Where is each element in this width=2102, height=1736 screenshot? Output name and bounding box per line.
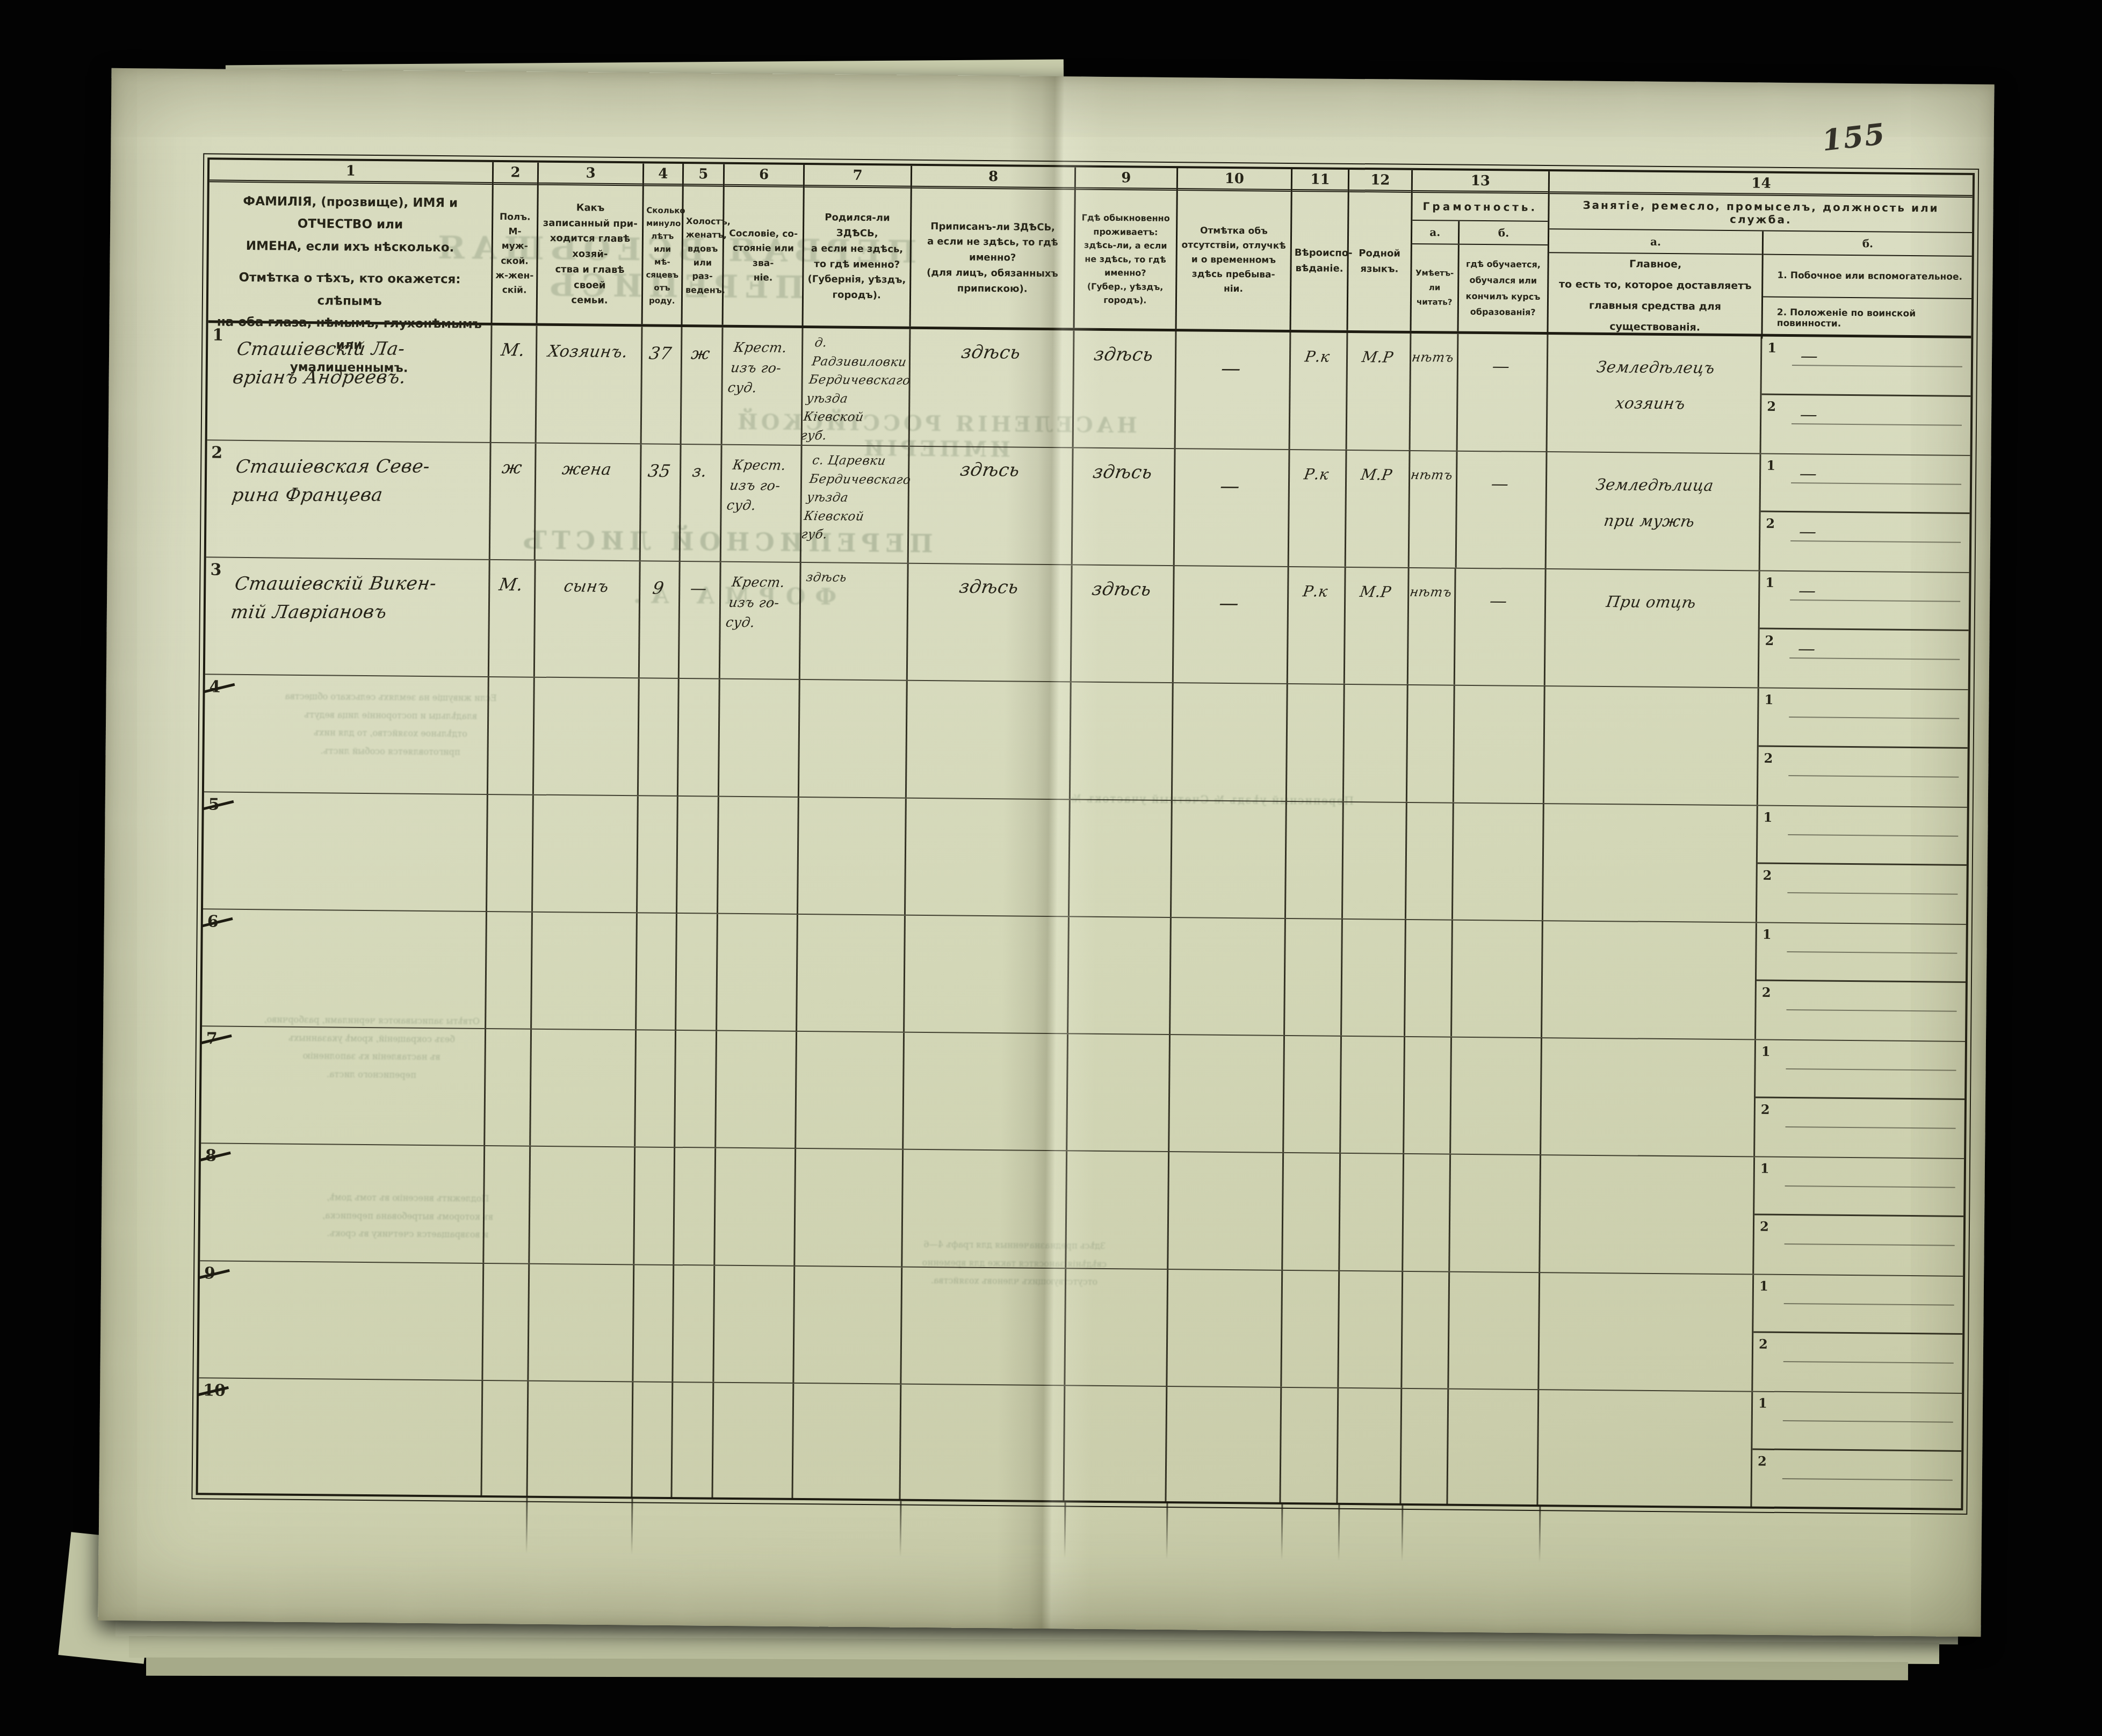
cell-birthplace <box>798 798 906 915</box>
cell-reads: нѣтъ <box>1408 568 1456 685</box>
cell-side-occupation: 12 <box>1752 1392 1962 1510</box>
table-row: 512 <box>203 791 1967 924</box>
cell-registered <box>904 1033 1068 1151</box>
row-number: 4 <box>209 678 220 697</box>
handwritten-entry: Сташіевскій Викен- тій Лавріановъ <box>201 559 493 626</box>
handwritten-entry: Сташіевскій Ла- вріанъ Андреевъ. <box>203 324 495 392</box>
side-subrow: 2 <box>1756 981 1966 1041</box>
cell-side-occupation: 12 <box>1758 689 1968 807</box>
cell-absence <box>1172 683 1288 800</box>
table-line-tail <box>1064 1502 1066 1558</box>
col-header-language: 12 Родной языкъ. <box>1348 170 1413 331</box>
cell-birthplace <box>794 1266 902 1383</box>
handwritten-entry: — <box>677 562 722 598</box>
write-line <box>1791 482 1961 485</box>
side-subrow-number: 2 <box>1761 1102 1770 1117</box>
cell-age: 9 <box>640 562 681 678</box>
cell-studied: — <box>1457 334 1548 451</box>
side-subrow-number: 1 <box>1767 340 1776 356</box>
cell-sex <box>482 1381 529 1498</box>
cell-name: 10 <box>198 1378 483 1497</box>
side-subrow: 1— <box>1760 572 1969 632</box>
col-number: 11 <box>1292 169 1348 192</box>
col-heading: Родной языкъ. <box>1348 192 1411 331</box>
cell-age: 35 <box>641 444 682 561</box>
handwritten-entry: М.Р <box>1343 568 1410 601</box>
cell-side-occupation: 1—2— <box>1761 337 1971 455</box>
cell-name: 6 <box>202 909 487 1028</box>
handwritten-entry: здѣсь <box>907 447 1074 482</box>
handwritten-entry: нѣтъ <box>1408 451 1458 483</box>
cell-language <box>1338 1388 1402 1505</box>
handwritten-entry: — <box>1797 521 1818 541</box>
table-row: 712 <box>201 1025 1965 1158</box>
col-number: 4 <box>644 163 682 186</box>
cell-language <box>1342 920 1406 1036</box>
cell-birthplace <box>796 1032 904 1149</box>
table-row: 2Сташіевская Севе- рина Францеважжена35з… <box>206 439 1970 572</box>
cell-registered: здѣсь <box>908 564 1073 682</box>
side-subrow: 2 <box>1755 1098 1964 1159</box>
handwritten-entry: Р.к <box>1288 450 1348 483</box>
side-subrow-number: 2 <box>1758 1453 1767 1469</box>
cell-resides <box>1068 917 1171 1034</box>
write-line <box>1789 657 1960 660</box>
side-subrow: 2 <box>1753 1333 1962 1393</box>
cell-registered: здѣсь <box>909 447 1074 565</box>
census-table: 1 ФАМИЛІЯ, (прозвище), ИМЯ и ОТЧЕСТВО ил… <box>196 157 1975 1510</box>
cell-occupation: При отцѣ <box>1545 569 1760 688</box>
cell-sex <box>484 1146 531 1263</box>
cell-relation: жена <box>536 444 641 561</box>
write-line <box>1792 423 1962 426</box>
cell-religion <box>1282 1270 1340 1387</box>
handwritten-entry: нѣтъ <box>1409 334 1459 365</box>
sub-heading-studied: гдѣ обучается, обучался или кончилъ курс… <box>1458 245 1548 332</box>
cell-absence <box>1166 1387 1282 1504</box>
cell-relation: Хозяинъ. <box>537 326 642 444</box>
cell-language <box>1344 685 1408 801</box>
side-subrow-number: 2 <box>1759 1336 1768 1351</box>
handwritten-entry: Хозяинъ. <box>535 326 644 362</box>
side-subrow: 1 <box>1753 1275 1963 1335</box>
cell-marital <box>673 1265 715 1382</box>
cell-name: 9 <box>199 1261 484 1380</box>
cell-occupation <box>1544 687 1759 805</box>
col-header-literacy: 13 Грамотность. а. б. Умѣетъ- ли читать?… <box>1411 170 1550 332</box>
sub-label-b: б. <box>1764 232 1972 257</box>
handwritten-entry: Земледѣлица при мужѣ <box>1541 452 1766 540</box>
cell-language: М.Р <box>1346 451 1411 567</box>
cell-relation <box>533 678 639 795</box>
write-line <box>1785 1185 1955 1188</box>
side-subrow-number: 2 <box>1765 633 1774 648</box>
cell-absence <box>1171 918 1286 1035</box>
cell-resides <box>1070 800 1172 917</box>
cell-birthplace: здѣсь <box>800 563 908 680</box>
cell-sex <box>487 795 534 912</box>
handwritten-entry: — <box>1454 452 1549 494</box>
col-number: 14 <box>1550 171 1973 198</box>
table-line-tail <box>1538 1507 1541 1563</box>
cell-sex <box>486 912 533 1029</box>
handwritten-entry: 9 <box>638 562 681 599</box>
handwritten-entry: — <box>1797 639 1817 659</box>
cell-birthplace <box>799 680 907 797</box>
cell-resides <box>1066 1152 1169 1269</box>
side-subrow: 1 <box>1759 689 1968 749</box>
cell-marital <box>675 1031 717 1147</box>
col-heading: Холостъ, женатъ, вдовъ или раз- веденъ. <box>682 186 723 325</box>
side-subrow: 2 <box>1752 1450 1961 1510</box>
census-sheet: ПЕРВАЯ ВСЕОБЩАЯ ПЕРЕПИСЬ НАСЕЛЕНІЯ РОССІ… <box>98 68 1994 1637</box>
cell-estate: Крест. изъ го- суд. <box>720 562 801 679</box>
cell-relation <box>528 1381 633 1498</box>
cell-occupation <box>1543 804 1758 922</box>
cell-registered: здѣсь <box>910 329 1075 447</box>
cell-occupation: Земледѣлецъ хозяинъ <box>1548 335 1762 453</box>
handwritten-entry: з. <box>678 445 723 481</box>
cell-birthplace <box>793 1384 901 1501</box>
handwritten-entry: ж <box>680 327 724 364</box>
cell-sex: М. <box>489 560 536 677</box>
cell-birthplace: д. Радзивиловки Бердичевскаго уѣзда Кіев… <box>803 328 911 446</box>
cell-side-occupation: 12 <box>1754 1158 1964 1276</box>
write-line <box>1792 365 1962 367</box>
cell-sex <box>485 1029 532 1146</box>
table-row: 912 <box>199 1260 1963 1393</box>
cell-absence: — <box>1175 449 1290 566</box>
cell-reads: нѣтъ <box>1409 451 1457 568</box>
sub-heading-reads: Умѣетъ- ли читать? <box>1411 244 1459 331</box>
cell-name: 2Сташіевская Севе- рина Францева <box>206 440 491 559</box>
side-subrow: 2— <box>1760 512 1970 572</box>
cell-studied: — <box>1455 569 1546 686</box>
handwritten-entry: здѣсь <box>1072 330 1178 366</box>
row-number: 10 <box>203 1381 226 1400</box>
row-number: 5 <box>208 795 220 814</box>
cell-side-occupation: 1—2— <box>1759 572 1969 690</box>
cell-relation <box>530 1147 635 1264</box>
cell-side-occupation: 12 <box>1756 923 1966 1041</box>
stacked-sheet-edge <box>146 1658 1908 1681</box>
cell-sex <box>488 677 535 794</box>
handwritten-entry: Сташіевская Севе- рина Францева <box>202 442 494 509</box>
cell-language <box>1341 1037 1405 1153</box>
write-line <box>1788 775 1959 778</box>
side-subrow-number: 1 <box>1763 809 1772 824</box>
cell-reads <box>1406 803 1455 920</box>
cell-estate: Крест. изъ го- суд. <box>721 445 802 562</box>
col-header-occupation: 14 Занятіе, ремесло, промыселъ, должност… <box>1549 171 1973 336</box>
cell-resides <box>1065 1269 1168 1386</box>
cell-resides <box>1071 683 1173 800</box>
handwritten-entry: здѣсь <box>799 563 908 588</box>
col-heading: Вѣроиспо- вѣданіе. <box>1291 192 1348 330</box>
col-heading: Родился-ли ЗДѢСЬ, а если не здѣсь, то гд… <box>804 187 911 327</box>
handwritten-entry: — <box>1173 331 1293 380</box>
cell-absence <box>1168 1152 1284 1269</box>
table-line-tail <box>1166 1503 1168 1559</box>
cell-religion <box>1285 919 1343 1036</box>
cell-absence <box>1172 801 1287 918</box>
col-number: 5 <box>684 164 723 187</box>
handwritten-entry: — <box>1799 345 1819 366</box>
cell-age <box>633 1382 674 1499</box>
sub-heading-military: 2. Положеніе по воинской повинности. <box>1762 297 1971 340</box>
cell-reads: нѣтъ <box>1410 334 1458 451</box>
handwritten-entry: — <box>1453 569 1548 611</box>
side-subrow: 2— <box>1761 395 1971 455</box>
group-heading-occupation: Занятіе, ремесло, промыселъ, должность и… <box>1549 194 1972 233</box>
side-subrow-number: 2 <box>1767 398 1776 414</box>
write-line <box>1790 599 1960 602</box>
cell-studied: — <box>1456 452 1547 569</box>
cell-side-occupation: 12 <box>1753 1275 1963 1393</box>
cell-absence <box>1169 1035 1285 1152</box>
col-heading: Какъ записанный при- ходится главѣ хозяй… <box>538 185 642 324</box>
table-row: 1Сташіевскій Ла- вріанъ Андреевъ.М.Хозяи… <box>207 323 1971 455</box>
col-header-religion: 11 Вѣроиспо- вѣданіе. <box>1291 169 1350 330</box>
cell-estate <box>717 914 799 1031</box>
cell-language: М.Р <box>1347 333 1412 450</box>
cell-name: 4 <box>204 675 489 794</box>
write-line <box>1789 717 1959 719</box>
cell-reads <box>1401 1389 1449 1506</box>
sub-label-a: а. <box>1412 221 1460 244</box>
cell-registered <box>906 798 1071 916</box>
cell-relation: сынъ <box>534 561 640 678</box>
sub-heading-main-occupation: Главное, то есть то, которое доставляетъ… <box>1548 253 1761 338</box>
cell-absence: — <box>1173 566 1289 683</box>
row-number: 9 <box>204 1264 215 1283</box>
cell-religion <box>1286 802 1344 918</box>
write-line <box>1782 1478 1953 1481</box>
side-subrow: 2 <box>1758 747 1968 807</box>
side-subrow: 1— <box>1761 454 1970 514</box>
cell-relation <box>533 795 639 912</box>
col-heading: Приписанъ-ли ЗДѢСЬ, а если не здѣсь, то … <box>911 189 1074 328</box>
cell-age <box>633 1265 674 1381</box>
table-row: 1012 <box>198 1377 1962 1510</box>
side-subrow-number: 2 <box>1760 1219 1769 1234</box>
cell-registered <box>902 1150 1067 1268</box>
row-number: 7 <box>206 1029 218 1048</box>
write-line <box>1787 892 1957 895</box>
handwritten-entry: — <box>1798 463 1818 483</box>
cell-age <box>635 1030 676 1147</box>
cell-religion: Р.к <box>1289 450 1347 567</box>
sub-label-b: б. <box>1460 221 1548 244</box>
cell-side-occupation: 12 <box>1757 806 1967 924</box>
table-row: 812 <box>200 1143 1964 1276</box>
col-number: 8 <box>912 166 1075 190</box>
cell-name: 1Сташіевскій Ла- вріанъ Андреевъ. <box>207 323 492 442</box>
cell-side-occupation: 1—2— <box>1760 454 1970 573</box>
cell-name: 7 <box>201 1026 486 1145</box>
cell-relation <box>531 1030 637 1147</box>
side-subrow: 1 <box>1757 923 1966 983</box>
cell-name: 5 <box>203 792 488 911</box>
cell-sex: М. <box>491 325 538 443</box>
cell-marital <box>672 1383 714 1499</box>
cell-resides <box>1067 1034 1170 1151</box>
table-header: 1 ФАМИЛІЯ, (прозвище), ИМЯ и ОТЧЕСТВО ил… <box>208 160 1973 338</box>
handwritten-entry: здѣсь <box>908 329 1075 364</box>
cell-language <box>1339 1271 1403 1387</box>
cell-absence: — <box>1175 331 1291 449</box>
handwritten-entry: с. Царевки Бердичевскаго уѣзда Кіевской … <box>794 446 915 545</box>
col-number: 7 <box>805 165 911 189</box>
cell-absence <box>1167 1270 1283 1387</box>
cell-occupation <box>1540 1155 1755 1274</box>
cell-estate <box>714 1265 796 1383</box>
col-heading: Гдѣ обыкновенно проживаетъ: здѣсь-ли, а … <box>1075 190 1176 329</box>
side-subrow: 2 <box>1754 1216 1963 1276</box>
handwritten-entry: — <box>1171 566 1291 615</box>
handwritten-entry: Р.к <box>1287 567 1347 601</box>
table-line-tail <box>1338 1505 1340 1561</box>
col-number: 12 <box>1349 170 1411 193</box>
cell-resides: здѣсь <box>1073 448 1175 565</box>
cell-resides <box>1065 1386 1167 1503</box>
side-subrow: 2 <box>1757 864 1967 924</box>
cell-estate <box>716 1031 798 1148</box>
cell-studied <box>1452 920 1543 1037</box>
handwritten-entry: М.Р <box>1346 333 1412 366</box>
cell-occupation <box>1538 1390 1753 1508</box>
col-header-name: 1 ФАМИЛІЯ, (прозвище), ИМЯ и ОТЧЕСТВО ил… <box>208 160 494 323</box>
side-subrow-number: 2 <box>1766 516 1775 531</box>
col-header-marital: 5 Холостъ, женатъ, вдовъ или раз- веденъ… <box>682 164 725 325</box>
handwritten-entry: Земледѣлецъ хозяинъ <box>1542 335 1767 422</box>
cell-marital <box>676 914 718 1030</box>
cell-age <box>639 679 680 795</box>
handwritten-entry: сынъ <box>533 561 641 597</box>
cell-religion: Р.к <box>1290 332 1348 450</box>
handwritten-entry: здѣсь <box>906 564 1073 599</box>
col-header-registered: 8 Приписанъ-ли ЗДѢСЬ, а если не здѣсь, т… <box>911 166 1076 328</box>
write-line <box>1786 1126 1956 1129</box>
col-heading: ФАМИЛІЯ, (прозвище), ИМЯ и ОТЧЕСТВО или … <box>212 190 489 259</box>
side-subrow-number: 2 <box>1764 750 1773 765</box>
col-number: 3 <box>539 163 642 186</box>
side-subrow-number: 1 <box>1766 458 1775 473</box>
cell-religion: Р.к <box>1288 567 1346 684</box>
cell-religion <box>1284 1036 1342 1153</box>
table-line-tail <box>1281 1504 1283 1560</box>
side-subrow: 1 <box>1758 806 1967 866</box>
handwritten-entry: Крест. изъ го- суд. <box>718 328 807 399</box>
cell-reads <box>1407 685 1455 802</box>
cell-religion <box>1283 1153 1341 1270</box>
cell-birthplace: с. Царевки Бердичевскаго уѣзда Кіевской … <box>801 446 910 563</box>
col-number: 2 <box>493 162 537 185</box>
cell-name: 8 <box>200 1144 485 1263</box>
cell-marital: — <box>680 562 721 678</box>
write-line <box>1787 951 1957 954</box>
cell-occupation: Земледѣлица при мужѣ <box>1547 452 1761 570</box>
side-subrow-number: 2 <box>1763 867 1772 883</box>
table-row: 412 <box>204 674 1968 807</box>
cell-studied <box>1454 686 1545 803</box>
col-header-sex: 2 Полъ. М-муж- ской. ж-жен- скій. <box>492 162 539 323</box>
handwritten-entry: — <box>1455 334 1550 377</box>
cell-estate: Крест. изъ го- суд. <box>722 328 803 445</box>
side-subrow: 1 <box>1754 1158 1964 1218</box>
cell-resides: здѣсь <box>1074 330 1176 448</box>
handwritten-entry: здѣсь <box>1070 566 1175 601</box>
handwritten-entry: — <box>1172 449 1292 498</box>
col-header-age: 4 Сколько минуло лѣтъ или мѣ- сяцевъ отъ… <box>642 163 684 324</box>
cell-studied <box>1450 1155 1541 1272</box>
col-number: 10 <box>1178 168 1291 192</box>
group-heading-literacy: Грамотность. <box>1412 193 1548 222</box>
write-line <box>1786 1009 1956 1012</box>
sub-heading-side-occupation: 1. Побочное или вспомогательное. <box>1763 255 1972 299</box>
cell-sex: ж <box>490 443 537 560</box>
col-heading: Сословіе, со- стояніе или зва- ніе. <box>723 187 803 325</box>
side-subrow-number: 1 <box>1758 1395 1767 1410</box>
table-body: 1Сташіевскій Ла- вріанъ Андреевъ.М.Хозяи… <box>198 323 1971 1510</box>
cell-marital <box>674 1148 716 1264</box>
cell-registered <box>907 681 1072 799</box>
table-line-tail <box>1402 1506 1404 1561</box>
cell-reads <box>1403 1154 1451 1271</box>
photo-background: ПЕРВАЯ ВСЕОБЩАЯ ПЕРЕПИСЬ НАСЕЛЕНІЯ РОССІ… <box>0 0 2102 1736</box>
write-line <box>1784 1303 1954 1306</box>
handwritten-entry: М. <box>489 325 538 360</box>
write-line <box>1783 1361 1954 1364</box>
cell-reads <box>1402 1271 1450 1388</box>
cell-reads <box>1404 1037 1453 1154</box>
handwritten-entry: здѣсь <box>1071 448 1176 483</box>
cell-resides: здѣсь <box>1072 566 1174 683</box>
side-subrow-number: 1 <box>1765 575 1774 590</box>
row-number: 6 <box>207 912 219 931</box>
col-heading: Отмѣтка объ отсутствіи, отлучкѣ и о врем… <box>1176 191 1291 330</box>
cell-age: 37 <box>642 327 683 444</box>
cell-estate <box>718 797 800 914</box>
cell-religion <box>1281 1388 1339 1504</box>
cell-side-occupation: 12 <box>1755 1040 1965 1159</box>
col-heading: Сколько минуло лѣтъ или мѣ- сяцевъ отъ р… <box>642 186 682 324</box>
cell-language: М.Р <box>1345 568 1410 684</box>
handwritten-entry: нѣтъ <box>1407 568 1457 600</box>
cell-reads <box>1405 920 1454 1037</box>
cell-studied <box>1451 1038 1542 1155</box>
handwritten-entry: жена <box>534 444 642 480</box>
side-subrow: 2— <box>1759 630 1969 690</box>
table-line-tail <box>631 1499 633 1554</box>
cell-marital: з. <box>680 445 722 561</box>
side-subrow-number: 1 <box>1764 692 1773 707</box>
cell-occupation <box>1539 1273 1754 1391</box>
cell-name: 3Сташіевскій Викен- тій Лавріановъ <box>205 558 490 677</box>
cell-registered <box>905 916 1070 1033</box>
col-header-absence: 10 Отмѣтка объ отсутствіи, отлучкѣ и о в… <box>1176 168 1292 330</box>
cell-studied <box>1453 803 1544 920</box>
cell-relation <box>529 1264 634 1381</box>
cell-age <box>638 796 678 913</box>
table-row: 3Сташіевскій Викен- тій ЛавріановъМ.сынъ… <box>205 557 1969 690</box>
cell-occupation <box>1541 1038 1756 1156</box>
row-number: 8 <box>205 1147 216 1166</box>
cell-registered <box>901 1267 1066 1385</box>
col-number: 6 <box>725 164 804 187</box>
col-number: 9 <box>1076 167 1176 191</box>
write-line <box>1785 1243 1955 1246</box>
